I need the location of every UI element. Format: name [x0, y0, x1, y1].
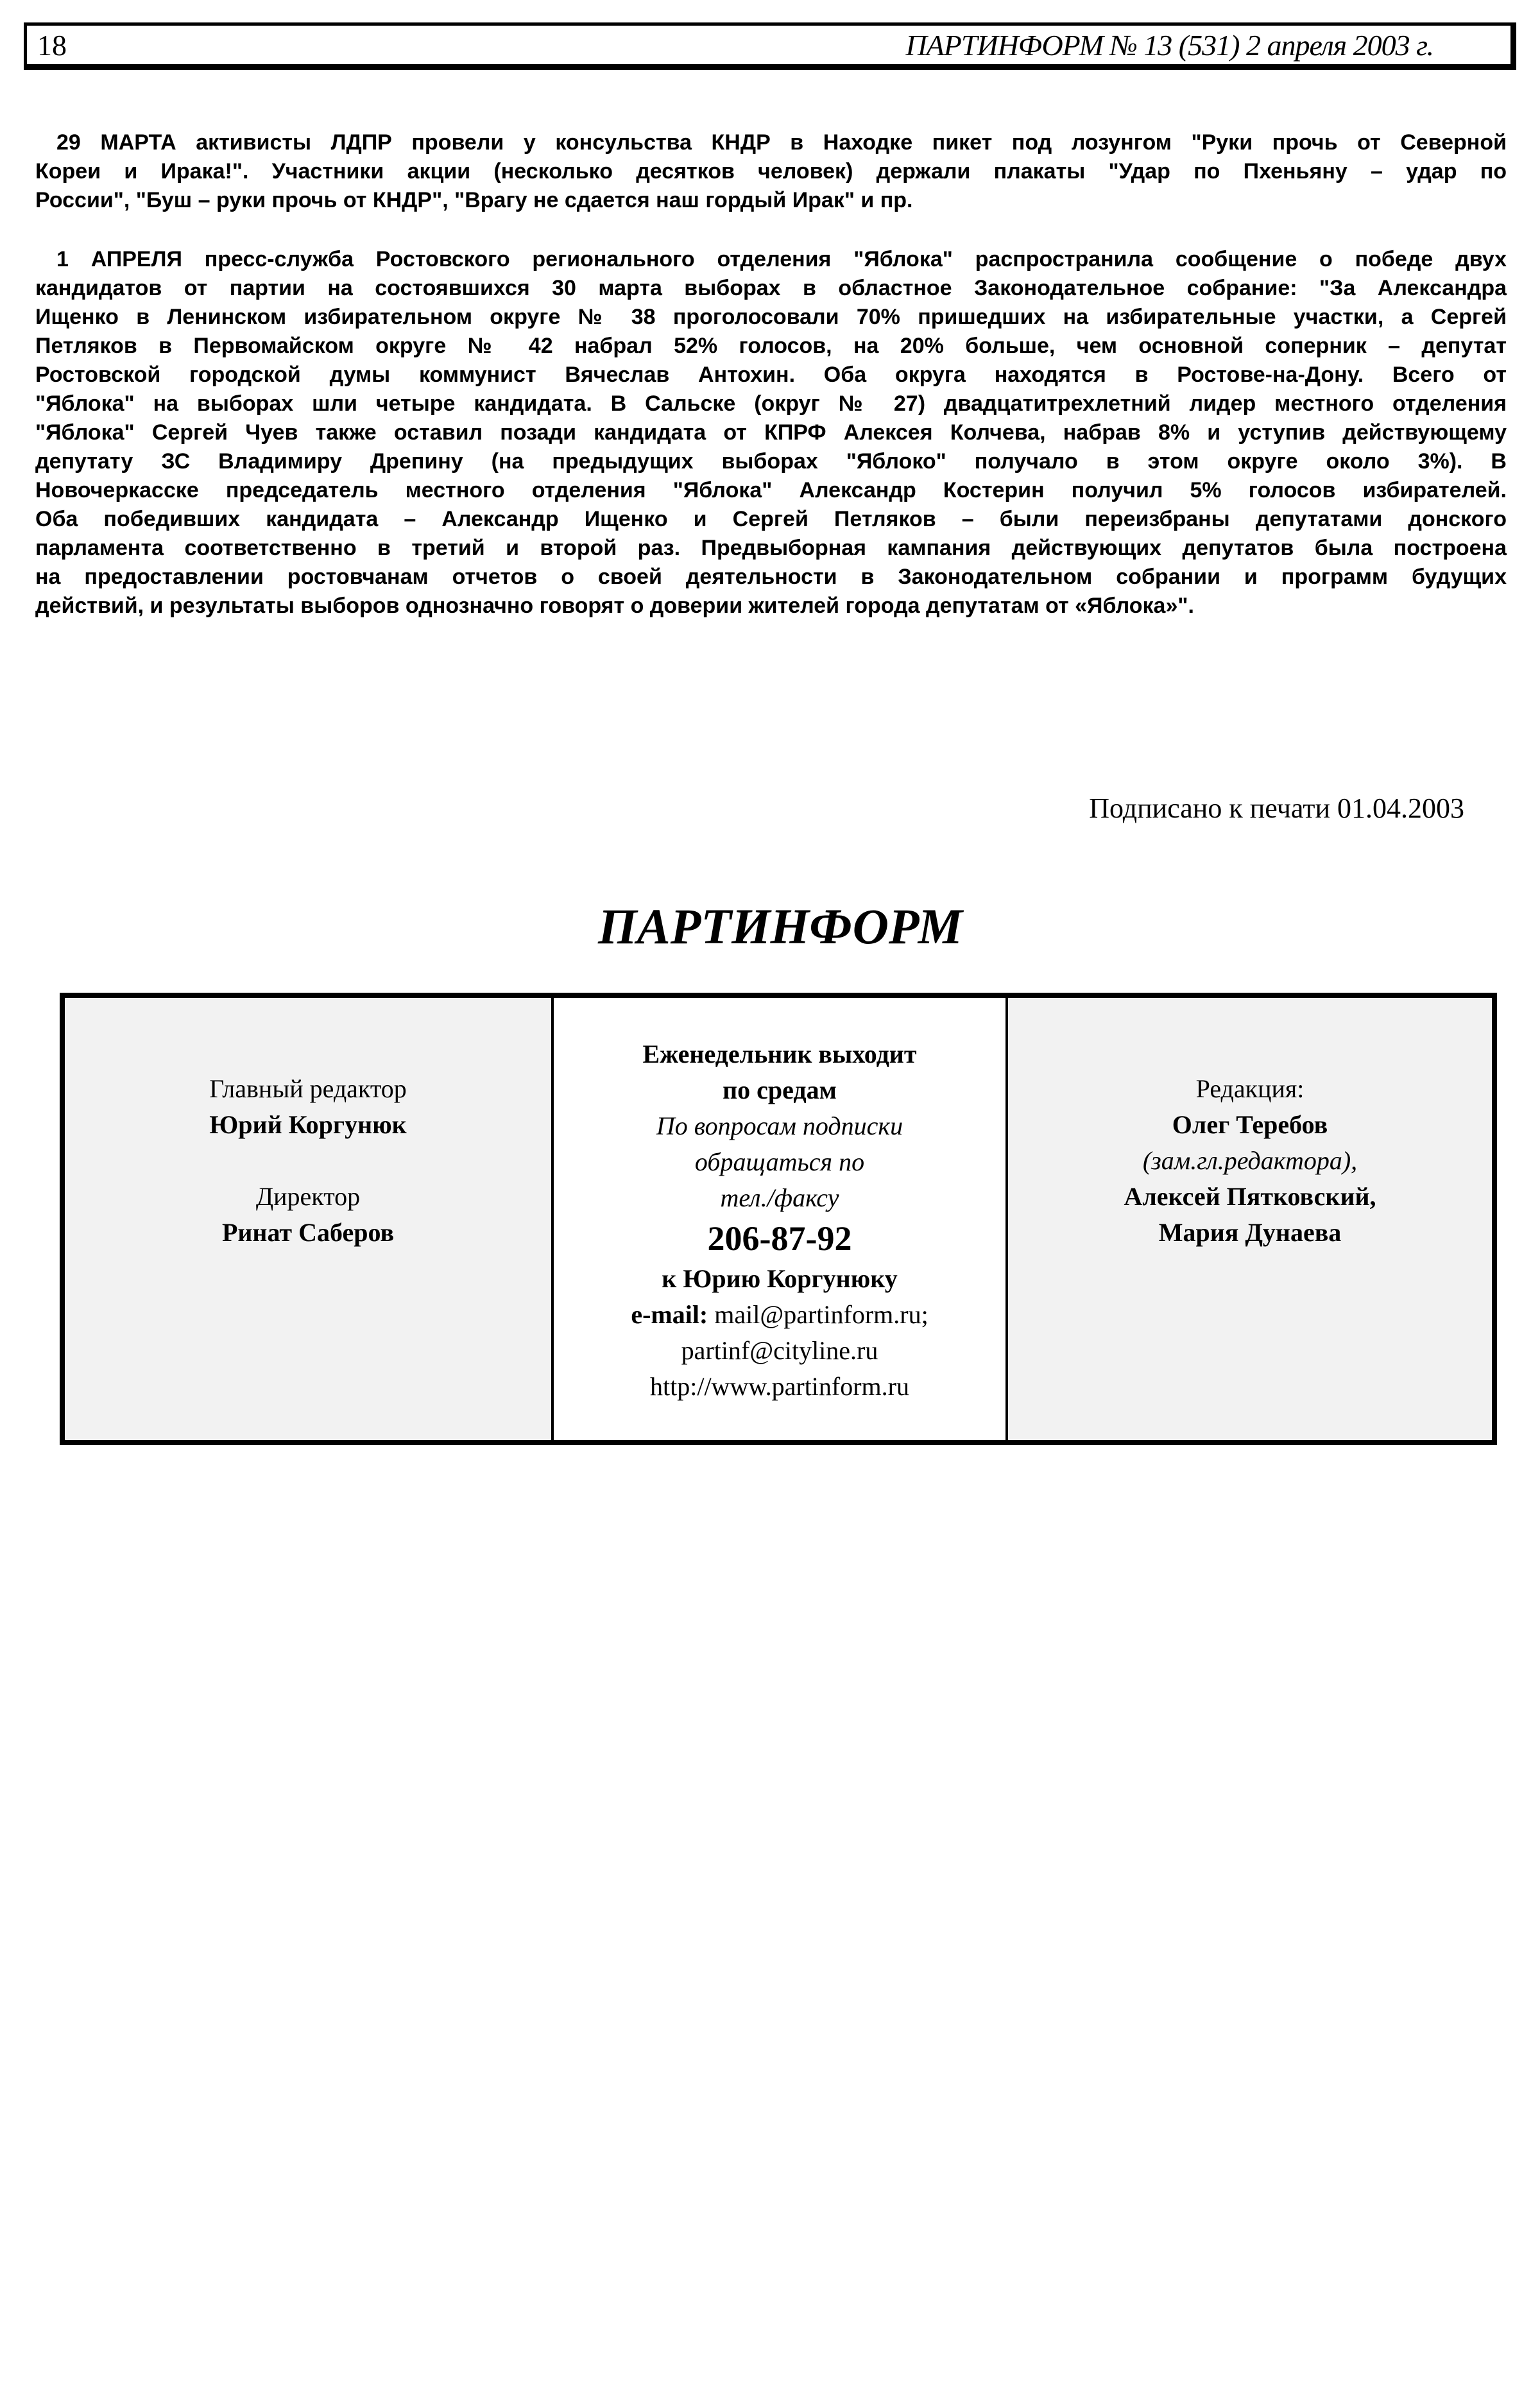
paragraph-line: Петляков в Первомайском округе № 42 набр…: [35, 332, 1507, 361]
paragraph-line: Кореи и Ирака!". Участники акции (нескол…: [35, 157, 1507, 186]
page-number: 18: [37, 30, 67, 62]
staff-member-3: Мария Дунаева: [1008, 1215, 1492, 1251]
paragraph-line: 1 АПРЕЛЯ пресс-служба Ростовского регион…: [35, 245, 1507, 274]
signed-for-print: Подписано к печати 01.04.2003: [1089, 791, 1464, 827]
imprint-staff-column: Редакция: Олег Теребов (зам.гл.редактора…: [1008, 998, 1492, 1440]
spacer: [65, 1143, 551, 1179]
staff-member-1: Олег Теребов: [1008, 1107, 1492, 1143]
paragraph-line: кандидатов от партии на состоявшихся 30 …: [35, 274, 1507, 303]
subscription-line-1: По вопросам подписки: [554, 1108, 1005, 1144]
masthead-title: ПАРТИНФОРМ: [0, 896, 1540, 957]
imprint-box: Главный редактор Юрий Коргунюк Директор …: [60, 993, 1497, 1445]
paragraph-line: парламента соответственно в третий и вто…: [35, 534, 1507, 563]
director-label: Директор: [65, 1179, 551, 1215]
paragraph-line: действий, и результаты выборов однозначн…: [35, 592, 1507, 621]
contact-person: к Юрию Коргунюку: [554, 1261, 1005, 1297]
paragraph-line: Новочеркасске председатель местного отде…: [35, 476, 1507, 505]
staff-member-1-role: (зам.гл.редактора),: [1008, 1143, 1492, 1179]
chief-editor-label: Главный редактор: [65, 1071, 551, 1107]
subscription-line-3: тел./факсу: [554, 1180, 1005, 1216]
director-name: Ринат Саберов: [65, 1215, 551, 1251]
imprint-editors-column: Главный редактор Юрий Коргунюк Директор …: [65, 998, 554, 1440]
paragraph-line: Оба победивших кандидата – Александр Ище…: [35, 505, 1507, 534]
staff-label: Редакция:: [1008, 1071, 1492, 1107]
subscription-line-2: обращаться по: [554, 1144, 1005, 1180]
issue-info: ПАРТИНФОРМ № 13 (531) 2 апреля 2003 г.: [905, 30, 1433, 62]
paragraph-line: "Яблока" на выборах шли четыре кандидата…: [35, 390, 1507, 418]
news-item-april-1: 1 АПРЕЛЯ пресс-служба Ростовского регион…: [35, 245, 1507, 621]
paragraph-line: России", "Буш – руки прочь от КНДР", "Вр…: [35, 186, 1507, 215]
schedule-line-1: Еженедельник выходит: [554, 1036, 1005, 1072]
paragraph-line: Ростовской городской думы коммунист Вяче…: [35, 361, 1507, 390]
schedule-line-2: по средам: [554, 1072, 1005, 1108]
news-item-march-29: 29 МАРТА активисты ЛДПР провели у консул…: [35, 128, 1507, 215]
staff-member-2: Алексей Пятковский,: [1008, 1179, 1492, 1215]
website-link[interactable]: http://www.partinform.ru: [554, 1369, 1005, 1405]
phone-number: 206-87-92: [554, 1216, 1005, 1261]
email-link-1[interactable]: mail@partinform.ru;: [714, 1300, 928, 1329]
paragraph-line: 29 МАРТА активисты ЛДПР провели у консул…: [35, 128, 1507, 157]
chief-editor-name: Юрий Коргунюк: [65, 1107, 551, 1143]
paragraph-line: "Яблока" Сергей Чуев также оставил позад…: [35, 418, 1507, 447]
paragraph-line: депутату ЗС Владимиру Дрепину (на предыд…: [35, 447, 1507, 476]
email-line: e-mail: mail@partinform.ru;: [554, 1297, 1005, 1333]
running-head: 18 ПАРТИНФОРМ № 13 (531) 2 апреля 2003 г…: [24, 22, 1516, 70]
email-link-2[interactable]: partinf@cityline.ru: [554, 1333, 1005, 1369]
paragraph-line: Ищенко в Ленинском избирательном округе …: [35, 303, 1507, 332]
paragraph-line: на предоставлении ростовчанам отчетов о …: [35, 563, 1507, 592]
email-label: e-mail:: [631, 1300, 708, 1329]
imprint-contacts-column: Еженедельник выходит по средам По вопрос…: [554, 998, 1008, 1440]
